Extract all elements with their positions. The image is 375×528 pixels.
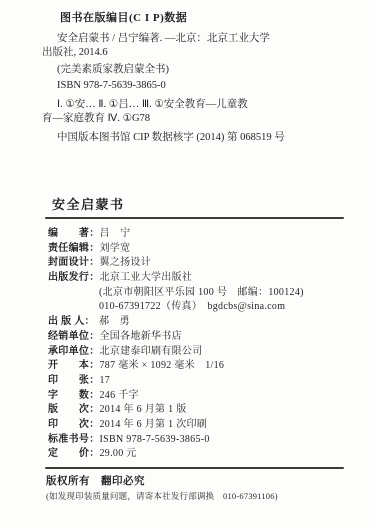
colophon-row-address: (北京市朝阳区平乐园 100 号 邮编：100124)	[48, 286, 358, 301]
row-label: 封面设计：	[48, 256, 100, 271]
row-value: 北京工业大学出版社	[100, 272, 193, 283]
row-label: 出版发行：	[48, 271, 100, 286]
row-label: 出 版 人：	[48, 315, 99, 330]
row-value: 北京建泰印刷有限公司	[100, 346, 203, 357]
classification-line-2: 育—家庭教育 Ⅳ. ①G78	[42, 112, 352, 127]
row-value: 吕 宁	[100, 228, 131, 239]
book-title: 安全启蒙书	[52, 194, 125, 213]
colophon-row-price: 定 价：29.00 元	[48, 447, 358, 462]
row-value: 17	[100, 375, 111, 386]
colophon-row-publisher: 出版发行：北京工业大学出版社	[48, 271, 358, 286]
row-value: ISBN 978-7-5639-3865-0	[100, 434, 210, 445]
row-label: 印 次：	[48, 418, 100, 433]
row-value: 2014 年 6 月第 1 次印刷	[100, 419, 208, 430]
colophon-row-contact: 010-67391722（传真） bgdcbs@sina.com	[48, 300, 358, 315]
row-value: 刘学宽	[100, 243, 131, 254]
row-label: 定 价：	[48, 447, 100, 462]
row-value: 全国各地新华书店	[100, 331, 182, 342]
colophon-row-edition: 版 次：2014 年 6 月第 1 版	[48, 403, 358, 418]
row-value: 2014 年 6 月第 1 版	[100, 404, 187, 415]
isbn-line: ISBN 978-7-5639-3865-0	[57, 79, 352, 94]
row-value: (北京市朝阳区平乐园 100 号 邮编：100124)	[99, 287, 304, 298]
row-label: 编 著：	[48, 227, 100, 242]
row-label: 标准书号：	[48, 433, 100, 448]
row-value: 787 毫米 × 1092 毫米 1/16	[100, 360, 225, 371]
row-value: 郝 勇	[99, 316, 130, 327]
row-label: 印 张：	[48, 374, 100, 389]
row-label: 字 数：	[48, 389, 100, 404]
cip-description-line-1: 安全启蒙书 / 吕宁编著. —北京：北京工业大学	[57, 32, 352, 47]
colophon-row-cover-design: 封面设计：翼之扬设计	[48, 256, 358, 271]
row-value: 010-67391722（传真） bgdcbs@sina.com	[99, 301, 285, 312]
row-value: 翼之扬设计	[100, 257, 152, 268]
colophon-row-sheets: 印 张：17	[48, 374, 358, 389]
row-value: 29.00 元	[100, 448, 137, 459]
title-divider	[45, 217, 344, 219]
copyright-page: 图书在版编目(C I P)数据 安全启蒙书 / 吕宁编著. —北京：北京工业大学…	[0, 0, 375, 528]
copyright-notice: 版权所有 翻印必究	[46, 473, 145, 488]
colophon-row-isbn: 标准书号：ISBN 978-7-5639-3865-0	[48, 433, 358, 448]
colophon-row-impression: 印 次：2014 年 6 月第 1 次印刷	[48, 418, 358, 433]
colophon-row-word-count: 字 数：246 千字	[48, 389, 358, 404]
row-label: 承印单位：	[48, 345, 100, 360]
row-label: 责任编辑：	[48, 242, 100, 257]
cip-record-number: 中国版本图书馆 CIP 数据核字 (2014) 第 068519 号	[57, 131, 352, 146]
colophon-row-distributor: 经销单位：全国各地新华书店	[48, 330, 358, 345]
cip-block: 图书在版编目(C I P)数据 安全启蒙书 / 吕宁编著. —北京：北京工业大学…	[42, 11, 352, 145]
colophon-row-format: 开 本：787 毫米 × 1092 毫米 1/16	[48, 359, 358, 374]
series-note: (完美素质家教启蒙全书)	[57, 63, 352, 78]
colophon: 编 著：吕 宁 责任编辑：刘学宽 封面设计：翼之扬设计 出版发行：北京工业大学出…	[48, 227, 358, 462]
colophon-row-author: 编 著：吕 宁	[48, 227, 358, 242]
row-label: 经销单位：	[48, 330, 100, 345]
colophon-row-printer: 承印单位：北京建泰印刷有限公司	[48, 345, 358, 360]
row-label: 版 次：	[48, 403, 100, 418]
colophon-row-editor: 责任编辑：刘学宽	[48, 242, 358, 257]
row-label: 开 本：	[48, 359, 100, 374]
row-value: 246 千字	[100, 390, 139, 401]
quality-note: (如发现印装质量问题，请寄本社发行部调换 010-67391106)	[46, 490, 278, 502]
cip-header: 图书在版编目(C I P)数据	[60, 11, 352, 26]
cip-description-line-2: 出版社, 2014.6	[42, 46, 352, 61]
classification-line-1: Ⅰ. ①安… Ⅱ. ①吕… Ⅲ. ①安全教育—儿童教	[57, 98, 352, 113]
footer-divider	[45, 467, 344, 469]
colophon-row-publishing-person: 出 版 人：郝 勇	[48, 315, 358, 330]
